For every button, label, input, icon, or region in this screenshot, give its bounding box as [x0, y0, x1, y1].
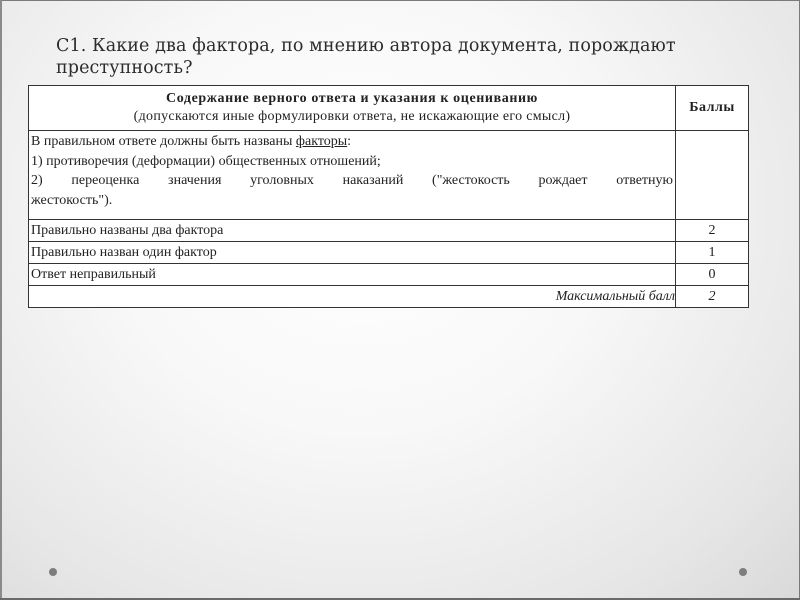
content-header-cell: Содержание верного ответа и указания к о… [29, 86, 676, 131]
criterion-score: 0 [676, 264, 749, 286]
answer-intro-keyword: факторы [296, 134, 347, 149]
table-header-row: Содержание верного ответа и указания к о… [29, 86, 749, 131]
grading-criteria-table: Содержание верного ответа и указания к о… [28, 85, 749, 308]
table-row: Ответ неправильный 0 [29, 264, 749, 286]
answer-intro-colon: : [347, 134, 351, 149]
criterion-score: 1 [676, 242, 749, 264]
question-line-2: преступность? [56, 58, 193, 78]
answer-item-2-line-1: 2) переоценка значения уголовных наказан… [31, 171, 673, 191]
content-header-title: Содержание верного ответа и указания к о… [166, 91, 538, 106]
answer-item-1: 1) противоречия (деформации) общественны… [31, 152, 673, 172]
max-score-value: 2 [676, 286, 749, 308]
answer-row: В правильном ответе должны быть названы … [29, 131, 749, 220]
table-row: Правильно названы два фактора 2 [29, 220, 749, 242]
criterion-label: Правильно назван один фактор [29, 242, 676, 264]
slide-edge-left [0, 0, 2, 600]
answer-intro: В правильном ответе должны быть названы … [31, 132, 673, 152]
answer-score-cell [676, 131, 749, 220]
nav-dot-right-icon [739, 568, 747, 576]
table-row: Правильно назван один фактор 1 [29, 242, 749, 264]
criterion-score: 2 [676, 220, 749, 242]
question-line-1: С1. Какие два фактора, по мнению автора … [56, 36, 676, 56]
answer-intro-text: В правильном ответе должны быть названы [31, 134, 296, 149]
max-score-row: Максимальный балл 2 [29, 286, 749, 308]
criterion-label: Правильно названы два фактора [29, 220, 676, 242]
criterion-label: Ответ неправильный [29, 264, 676, 286]
nav-dot-left-icon [49, 568, 57, 576]
max-score-label: Максимальный балл [29, 286, 676, 308]
question-title: С1. Какие два фактора, по мнению автора … [56, 35, 716, 79]
content-header-subtitle: (допускаются иные формулировки ответа, н… [134, 109, 571, 124]
score-header-cell: Баллы [676, 86, 749, 131]
answer-content-cell: В правильном ответе должны быть названы … [29, 131, 676, 220]
answer-item-2-line-2: жестокость"). [31, 191, 673, 211]
